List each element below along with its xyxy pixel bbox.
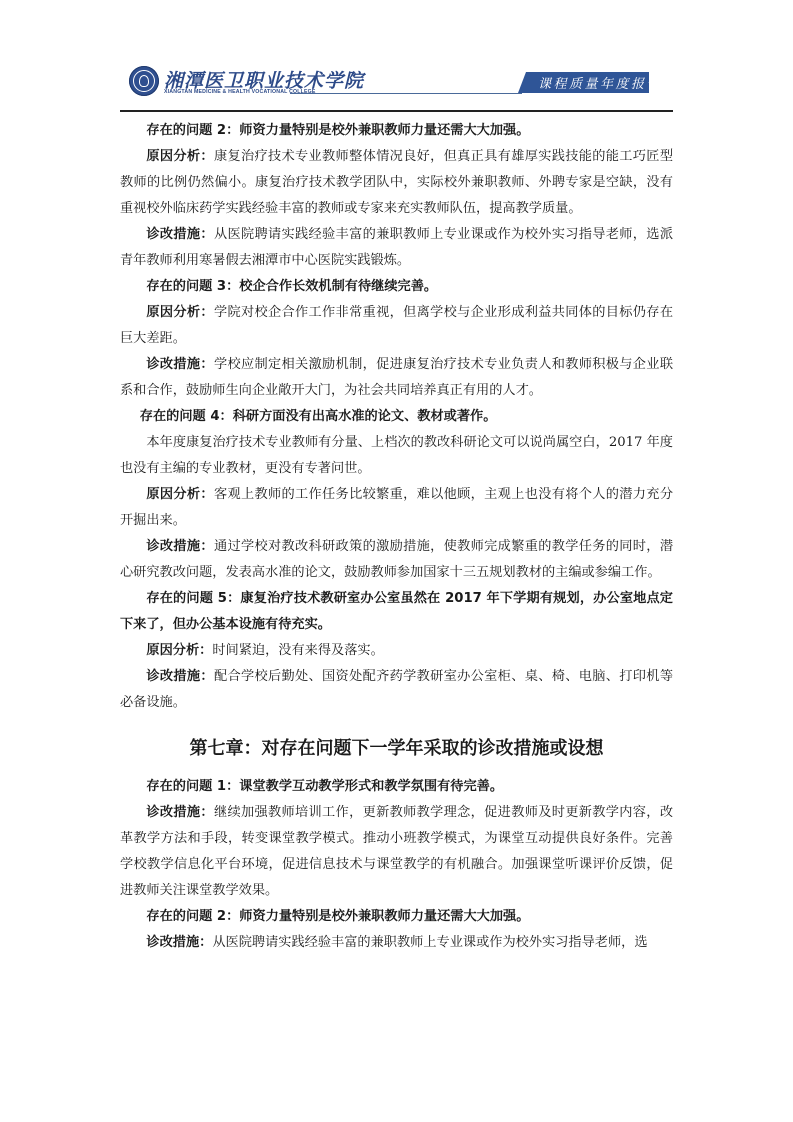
issue-heading: 存在的问题 4：科研方面没有出高水准的论文、教材或著作。 xyxy=(120,404,673,430)
corrective-measure-paragraph: 诊改措施：配合学校后勤处、国资处配齐药学教研室办公室柜、桌、椅、电脑、打印机等必… xyxy=(120,664,673,716)
paragraph-text: 时间紧迫，没有来得及落实。 xyxy=(212,643,383,658)
header-thin-divider xyxy=(290,93,522,94)
issue-heading: 存在的问题 1：课堂教学互动教学形式和教学氛围有待完善。 xyxy=(120,774,673,800)
paragraph-label: 诊改措施： xyxy=(146,357,214,372)
college-logo-icon xyxy=(129,66,159,96)
issue-heading: 存在的问题 2：师资力量特别是校外兼职教师力量还需大大加强。 xyxy=(120,118,673,144)
chapter-title: 第七章：对存在问题下一学年采取的诊改措施或设想 xyxy=(120,734,673,764)
cause-analysis-paragraph: 原因分析：学院对校企合作工作非常重视，但离学校与企业形成利益共同体的目标仍存在巨… xyxy=(120,300,673,352)
paragraph-label: 诊改措施： xyxy=(146,805,214,820)
corrective-measure-paragraph: 诊改措施：学校应制定相关激励机制，促进康复治疗技术专业负责人和教师积极与企业联系… xyxy=(120,352,673,404)
cause-analysis-paragraph: 原因分析：康复治疗技术专业教师整体情况良好，但真正具有雄厚实践技能的能工巧匠型教… xyxy=(120,144,673,222)
report-title: 课程质量年度报告 xyxy=(538,73,662,92)
issue-heading: 存在的问题 5：康复治疗技术教研室办公室虽然在 2017 年下学期有规划，办公室… xyxy=(120,586,673,638)
corrective-measure-paragraph: 诊改措施：从医院聘请实践经验丰富的兼职教师上专业课或作为校外实习指导老师，选 xyxy=(120,930,673,956)
paragraph-label: 诊改措施： xyxy=(146,539,214,554)
document-body: 存在的问题 2：师资力量特别是校外兼职教师力量还需大大加强。 原因分析：康复治疗… xyxy=(120,118,673,956)
paragraph-label: 原因分析： xyxy=(146,149,214,164)
section-issues-continued: 存在的问题 2：师资力量特别是校外兼职教师力量还需大大加强。 原因分析：康复治疗… xyxy=(120,118,673,716)
paragraph-label: 诊改措施： xyxy=(146,669,214,684)
section-chapter-seven: 存在的问题 1：课堂教学互动教学形式和教学氛围有待完善。 诊改措施：继续加强教师… xyxy=(120,774,673,956)
body-paragraph: 本年度康复治疗技术专业教师有分量、上档次的教改科研论文可以说尚属空白，2017 … xyxy=(120,430,673,482)
corrective-measure-paragraph: 诊改措施：通过学校对教改科研政策的激励措施，使教师完成繁重的教学任务的同时，潜心… xyxy=(120,534,673,586)
corrective-measure-paragraph: 诊改措施：继续加强教师培训工作，更新教师教学理念，促进教师及时更新教学内容，改革… xyxy=(120,800,673,904)
logo-core xyxy=(139,75,149,87)
page-header: 湘潭医卫职业技术学院 XIANGTAN MEDICINE & HEALTH VO… xyxy=(0,0,793,120)
issue-heading: 存在的问题 3：校企合作长效机制有待继续完善。 xyxy=(120,274,673,300)
paragraph-text: 从医院聘请实践经验丰富的兼职教师上专业课或作为校外实习指导老师，选 xyxy=(212,935,647,950)
paragraph-label: 诊改措施： xyxy=(146,227,214,242)
cause-analysis-paragraph: 原因分析：时间紧迫，没有来得及落实。 xyxy=(120,638,673,664)
paragraph-label: 原因分析： xyxy=(146,643,212,658)
paragraph-label: 诊改措施： xyxy=(146,935,212,950)
corrective-measure-paragraph: 诊改措施：从医院聘请实践经验丰富的兼职教师上专业课或作为校外实习指导老师，选派青… xyxy=(120,222,673,274)
cause-analysis-paragraph: 原因分析：客观上教师的工作任务比较繁重，难以他顾，主观上也没有将个人的潜力充分开… xyxy=(120,482,673,534)
issue-heading: 存在的问题 2：师资力量特别是校外兼职教师力量还需大大加强。 xyxy=(120,904,673,930)
paragraph-label: 原因分析： xyxy=(146,487,214,502)
header-rule xyxy=(120,110,673,112)
college-name-en: XIANGTAN MEDICINE & HEALTH VOCATIONAL CO… xyxy=(164,89,316,95)
paragraph-label: 原因分析： xyxy=(146,305,214,320)
